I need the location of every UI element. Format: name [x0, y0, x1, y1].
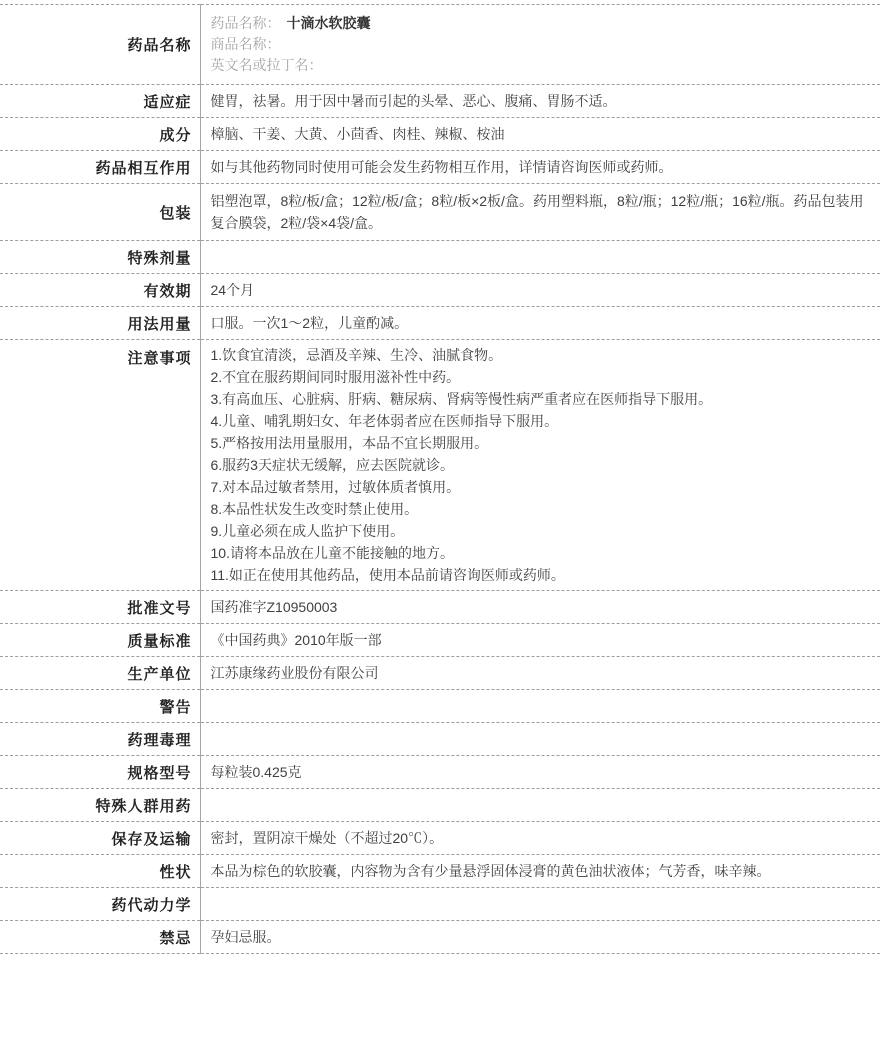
precaution-item: 7.对本品过敏者禁用，过敏体质者慎用。 [211, 476, 869, 498]
drug-name-key: 药品名称： [211, 15, 281, 31]
field-label-contraindications: 禁忌 [0, 921, 200, 954]
precaution-item: 2.不宜在服药期间同时服用滋补性中药。 [211, 366, 869, 388]
row-warning: 警告 [0, 690, 880, 723]
field-value-approval-number: 国药准字Z10950003 [200, 591, 880, 624]
row-quality-standard: 质量标准 《中国药典》2010年版一部 [0, 624, 880, 657]
field-label-indications: 适应症 [0, 85, 200, 118]
precaution-item: 3.有高血压、心脏病、肝病、糖尿病、肾病等慢性病严重者应在医师指导下服用。 [211, 388, 869, 410]
field-label-ingredients: 成分 [0, 118, 200, 151]
precaution-item: 4.儿童、哺乳期妇女、年老体弱者应在医师指导下服用。 [211, 410, 869, 432]
field-label-characteristics: 性状 [0, 855, 200, 888]
field-label-precautions: 注意事项 [0, 340, 200, 591]
field-value-dosage-usage: 口服。一次1～2粒，儿童酌减。 [200, 307, 880, 340]
field-label-specification: 规格型号 [0, 756, 200, 789]
row-approval-number: 批准文号 国药准字Z10950003 [0, 591, 880, 624]
field-label-manufacturer: 生产单位 [0, 657, 200, 690]
field-label-dosage-usage: 用法用量 [0, 307, 200, 340]
precaution-item: 6.服药3天症状无缓解，应去医院就诊。 [211, 454, 869, 476]
field-value-warning [200, 690, 880, 723]
field-value-quality-standard: 《中国药典》2010年版一部 [200, 624, 880, 657]
row-precautions: 注意事项 1.饮食宜清淡，忌酒及辛辣、生冷、油腻食物。 2.不宜在服药期间同时服… [0, 340, 880, 591]
field-value-storage-transport: 密封，置阴凉干燥处（不超过20℃）。 [200, 822, 880, 855]
field-value-shelf-life: 24个月 [200, 274, 880, 307]
field-value-specification: 每粒装0.425克 [200, 756, 880, 789]
drug-name-line: 药品名称：十滴水软胶囊 [211, 13, 869, 34]
precaution-item: 1.饮食宜清淡，忌酒及辛辣、生冷、油腻食物。 [211, 344, 869, 366]
field-label-warning: 警告 [0, 690, 200, 723]
trade-name-line: 商品名称： [211, 34, 869, 55]
field-label-drug-name: 药品名称 [0, 5, 200, 85]
precaution-item: 5.严格按用法用量服用，本品不宜长期服用。 [211, 432, 869, 454]
field-value-characteristics: 本品为棕色的软胶囊，内容物为含有少量悬浮固体浸膏的黄色油状液体；气芳香，味辛辣。 [200, 855, 880, 888]
field-label-drug-interactions: 药品相互作用 [0, 151, 200, 184]
field-value-special-populations [200, 789, 880, 822]
field-value-manufacturer: 江苏康缘药业股份有限公司 [200, 657, 880, 690]
field-value-drug-name: 药品名称：十滴水软胶囊 商品名称： 英文名或拉丁名： [200, 5, 880, 85]
row-ingredients: 成分 樟脑、干姜、大黄、小茴香、肉桂、辣椒、桉油 [0, 118, 880, 151]
row-manufacturer: 生产单位 江苏康缘药业股份有限公司 [0, 657, 880, 690]
latin-name-line: 英文名或拉丁名： [211, 55, 869, 76]
row-storage-transport: 保存及运输 密封，置阴凉干燥处（不超过20℃）。 [0, 822, 880, 855]
field-label-pharmacokinetics: 药代动力学 [0, 888, 200, 921]
row-characteristics: 性状 本品为棕色的软胶囊，内容物为含有少量悬浮固体浸膏的黄色油状液体；气芳香，味… [0, 855, 880, 888]
row-drug-name: 药品名称 药品名称：十滴水软胶囊 商品名称： 英文名或拉丁名： [0, 5, 880, 85]
field-label-packaging: 包装 [0, 184, 200, 241]
field-label-approval-number: 批准文号 [0, 591, 200, 624]
row-pharmacokinetics: 药代动力学 [0, 888, 880, 921]
field-label-special-dosage: 特殊剂量 [0, 241, 200, 274]
field-value-ingredients: 樟脑、干姜、大黄、小茴香、肉桂、辣椒、桉油 [200, 118, 880, 151]
precaution-item: 8.本品性状发生改变时禁止使用。 [211, 498, 869, 520]
row-special-dosage: 特殊剂量 [0, 241, 880, 274]
field-label-shelf-life: 有效期 [0, 274, 200, 307]
field-value-pharmacokinetics [200, 888, 880, 921]
field-value-packaging: 铝塑泡罩，8粒/板/盒；12粒/板/盒；8粒/板×2板/盒。药用塑料瓶，8粒/瓶… [200, 184, 880, 241]
field-value-drug-interactions: 如与其他药物同时使用可能会发生药物相互作用，详情请咨询医师或药师。 [200, 151, 880, 184]
row-shelf-life: 有效期 24个月 [0, 274, 880, 307]
row-drug-interactions: 药品相互作用 如与其他药物同时使用可能会发生药物相互作用，详情请咨询医师或药师。 [0, 151, 880, 184]
trade-name-key: 商品名称： [211, 36, 281, 52]
row-dosage-usage: 用法用量 口服。一次1～2粒，儿童酌减。 [0, 307, 880, 340]
row-packaging: 包装 铝塑泡罩，8粒/板/盒；12粒/板/盒；8粒/板×2板/盒。药用塑料瓶，8… [0, 184, 880, 241]
row-specification: 规格型号 每粒装0.425克 [0, 756, 880, 789]
field-value-indications: 健胃，祛暑。用于因中暑而引起的头晕、恶心、腹痛、胃肠不适。 [200, 85, 880, 118]
field-label-pharmacology-toxicology: 药理毒理 [0, 723, 200, 756]
row-contraindications: 禁忌 孕妇忌服。 [0, 921, 880, 954]
field-value-contraindications: 孕妇忌服。 [200, 921, 880, 954]
field-label-special-populations: 特殊人群用药 [0, 789, 200, 822]
row-pharmacology-toxicology: 药理毒理 [0, 723, 880, 756]
precaution-item: 9.儿童必须在成人监护下使用。 [211, 520, 869, 542]
precaution-item: 10.请将本品放在儿童不能接触的地方。 [211, 542, 869, 564]
drug-name-value: 十滴水软胶囊 [287, 15, 371, 31]
precaution-item: 11.如正在使用其他药品，使用本品前请咨询医师或药师。 [211, 564, 869, 586]
drug-info-table: 药品名称 药品名称：十滴水软胶囊 商品名称： 英文名或拉丁名： 适应症 健胃，祛… [0, 4, 880, 954]
field-label-quality-standard: 质量标准 [0, 624, 200, 657]
row-special-populations: 特殊人群用药 [0, 789, 880, 822]
field-value-special-dosage [200, 241, 880, 274]
row-indications: 适应症 健胃，祛暑。用于因中暑而引起的头晕、恶心、腹痛、胃肠不适。 [0, 85, 880, 118]
field-label-storage-transport: 保存及运输 [0, 822, 200, 855]
latin-name-key: 英文名或拉丁名： [211, 57, 323, 73]
field-value-precautions: 1.饮食宜清淡，忌酒及辛辣、生冷、油腻食物。 2.不宜在服药期间同时服用滋补性中… [200, 340, 880, 591]
field-value-pharmacology-toxicology [200, 723, 880, 756]
